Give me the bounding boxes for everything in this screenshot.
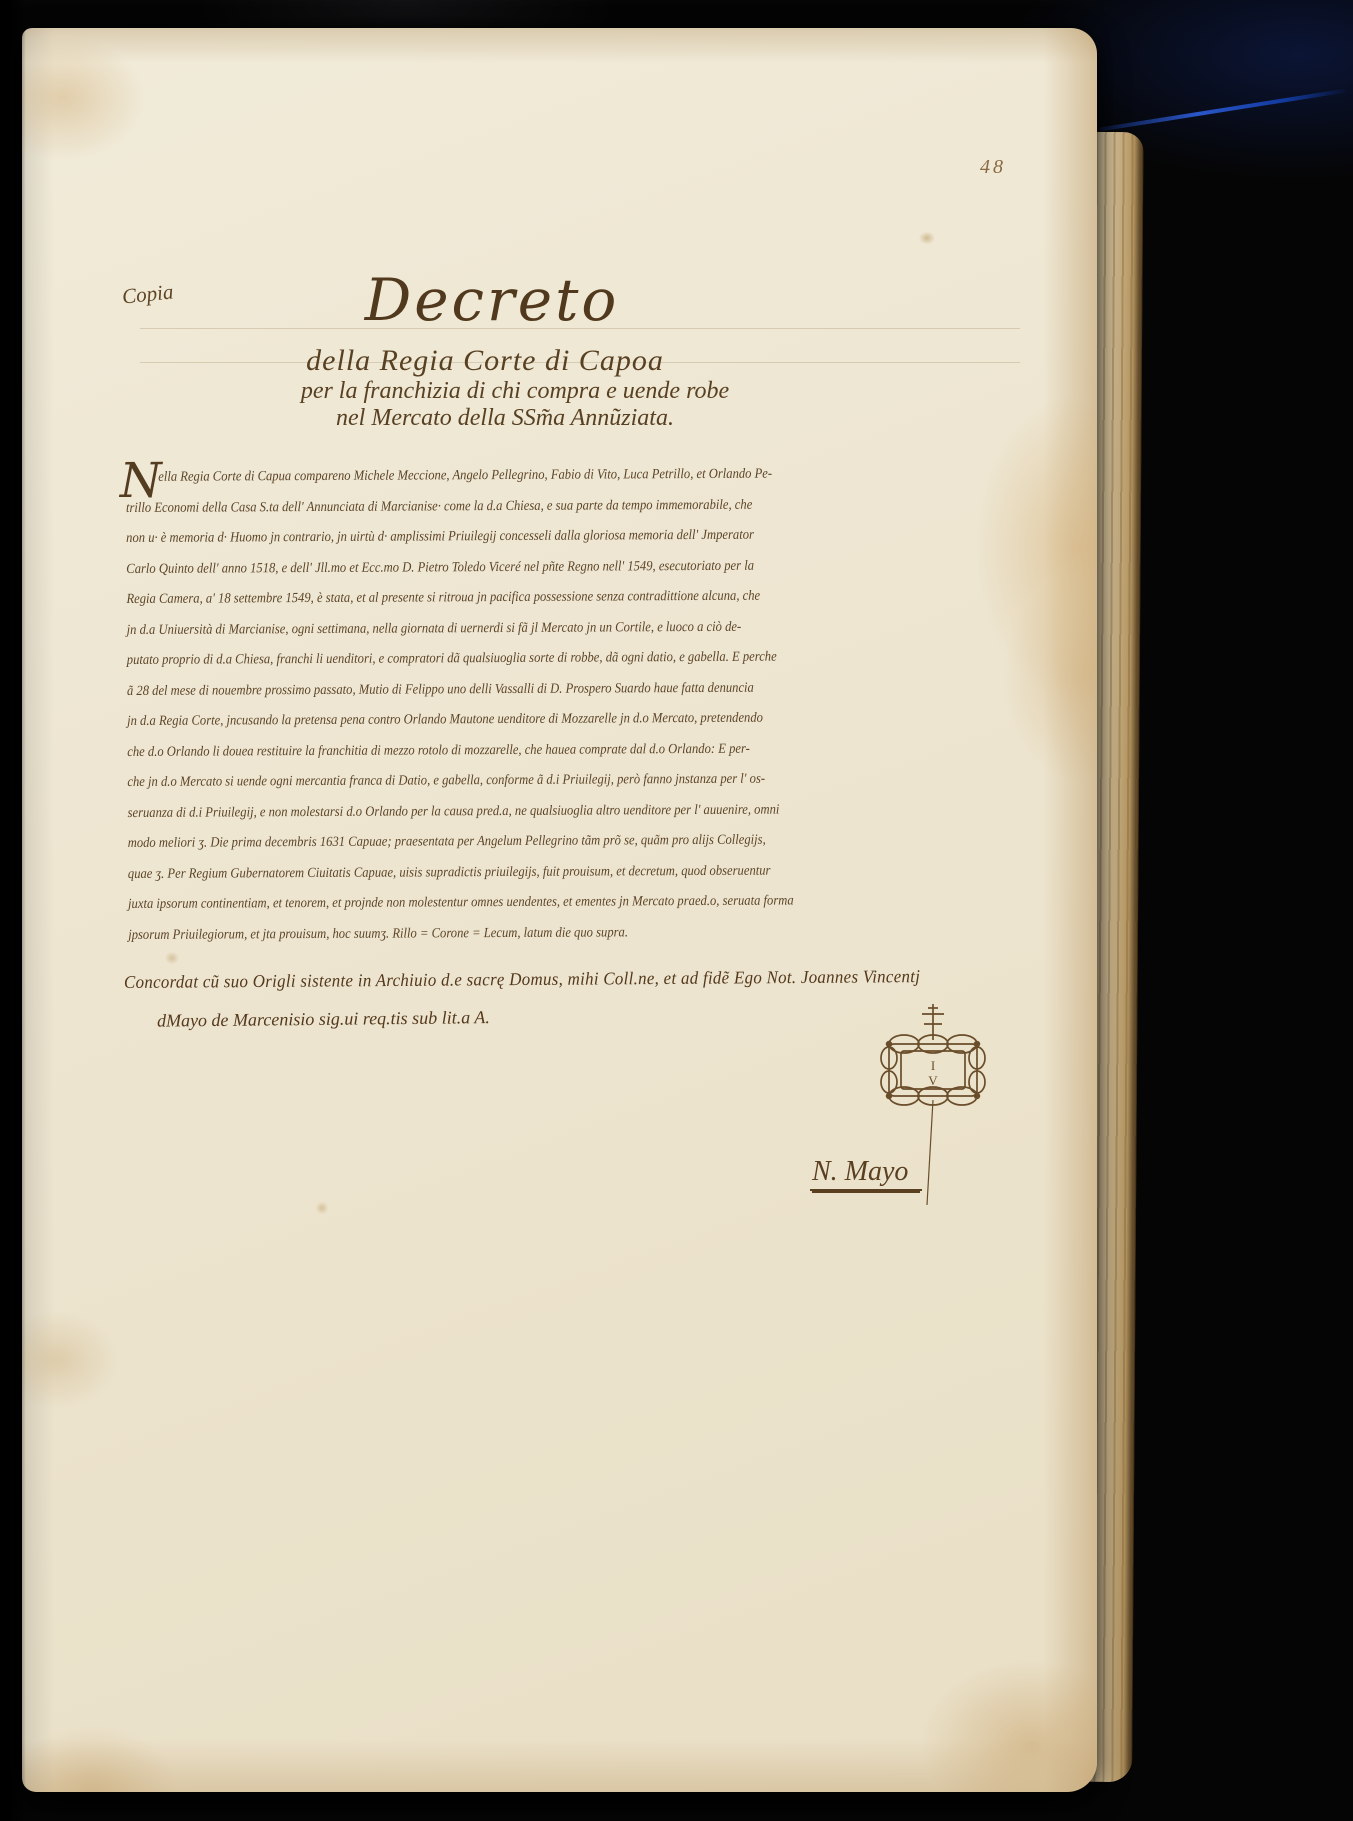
body-line: modo meliori ʒ. Die prima decembris 1631… bbox=[128, 825, 812, 859]
signature-text: N. Mayo bbox=[810, 1156, 922, 1191]
body-line: ã 28 del mese di nouembre prossimo pass… bbox=[127, 673, 811, 707]
manuscript-page: 48 Copia Decreto della Regia Corte di Ca… bbox=[22, 28, 1097, 1792]
subtitle-line-3: nel Mercato della SSm̃a Annũziata. bbox=[155, 405, 855, 432]
subtitle-line-1: della Regia Corte di Capoa bbox=[135, 344, 835, 378]
body-line: Regia Camera, a' 18 settembre 1549, è st… bbox=[126, 581, 810, 615]
seal-letter-bottom: V bbox=[928, 1073, 938, 1088]
certification-line-2: dMayo de Marcenisio sig.ui req.tis sub l… bbox=[157, 1005, 657, 1031]
seal-letter-top: I bbox=[931, 1058, 935, 1073]
body-line: seruanza di d.i Priuilegij, e non molest… bbox=[127, 795, 811, 829]
page-title: Decreto bbox=[142, 266, 842, 334]
body-line: jn d.a Uniuersità di Marcianise, ogni se… bbox=[127, 612, 811, 646]
body-line: jn d.a Regia Corte, jncusando la pretens… bbox=[127, 703, 811, 737]
body-line: putato proprio di d.a Chiesa, franchi li… bbox=[127, 642, 811, 676]
manuscript-photo: 48 Copia Decreto della Regia Corte di Ca… bbox=[0, 0, 1353, 1821]
body-line: juxta ipsorum continentiam, et tenorem, … bbox=[128, 886, 812, 920]
notary-signature: N. Mayo bbox=[810, 1156, 1060, 1188]
blue-light-streak bbox=[1099, 88, 1347, 131]
body-line: ella Regia Corte di Capua compareno Mich… bbox=[126, 459, 810, 493]
body-line: jpsorum Priuilegiorum, et jta prouisum, … bbox=[128, 917, 812, 951]
body-line: non u· è memoria d· Huomo jn contrario, … bbox=[126, 520, 810, 554]
subtitle-line-2: per la franchizia di chi compra e uende … bbox=[165, 378, 865, 405]
decree-body: N ella Regia Corte di Capua compareno Mi… bbox=[126, 459, 889, 951]
folio-number: 48 bbox=[980, 156, 1060, 179]
body-line: che jn d.o Mercato si uende ogni mercant… bbox=[127, 764, 811, 798]
certification-line-1: Concordat cũ suo Origli sistente in Arc… bbox=[124, 966, 933, 993]
body-line: trillo Economi della Casa S.ta dell' Ann… bbox=[126, 490, 810, 524]
body-line: quae ʒ. Per Regium Gubernatorem Ciuitati… bbox=[128, 856, 812, 890]
body-line: Carlo Quinto dell' anno 1518, e dell' Jl… bbox=[126, 551, 810, 585]
body-line: che d.o Orlando li douea restituire la f… bbox=[127, 734, 811, 768]
binding-gutter-shadow bbox=[0, 0, 26, 1821]
